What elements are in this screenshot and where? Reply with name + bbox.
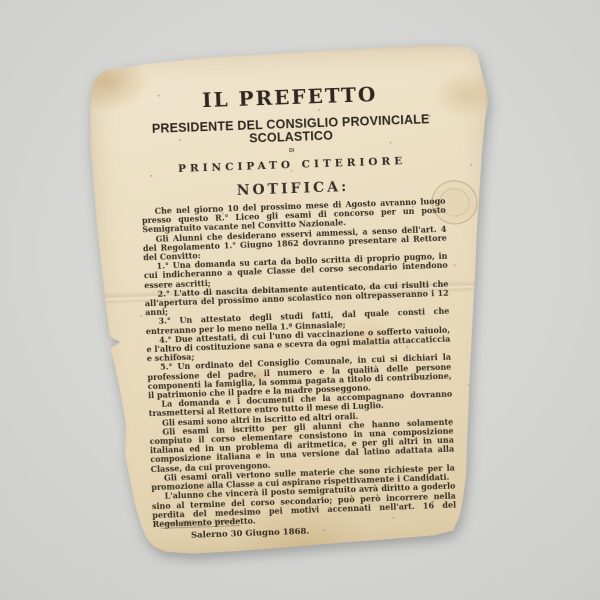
- signature-role: Il Prefetto: [247, 540, 447, 558]
- region-title: PRINCIPATO CITERIORE: [140, 155, 444, 177]
- notice-content: IL PREFETTO PRESIDENTE DEL CONSIGLIO PRO…: [86, 43, 503, 565]
- paper-speckles: [86, 57, 88, 59]
- page-title: IL PREFETTO: [137, 81, 442, 114]
- signature-block: Il Prefetto PRESIDENTE DEL CONSIGLIO PRO…: [247, 540, 448, 579]
- signature-role-subtitle: PRESIDENTE DEL CONSIGLIO PROVINCIALE SCO…: [248, 553, 448, 565]
- notice-body: Che nel giorno 10 del prossimo mese di A…: [142, 197, 457, 530]
- signature-name: GERRA: [248, 560, 448, 579]
- document-paper: IL PREFETTO PRESIDENTE DEL CONSIGLIO PRO…: [86, 43, 503, 565]
- printer-imprint: Salerno 1868 — Tip. Migliaccio: [161, 519, 241, 529]
- paper-sheet: IL PREFETTO PRESIDENTE DEL CONSIGLIO PRO…: [86, 43, 503, 565]
- photo-background: IL PREFETTO PRESIDENTE DEL CONSIGLIO PRO…: [0, 0, 600, 600]
